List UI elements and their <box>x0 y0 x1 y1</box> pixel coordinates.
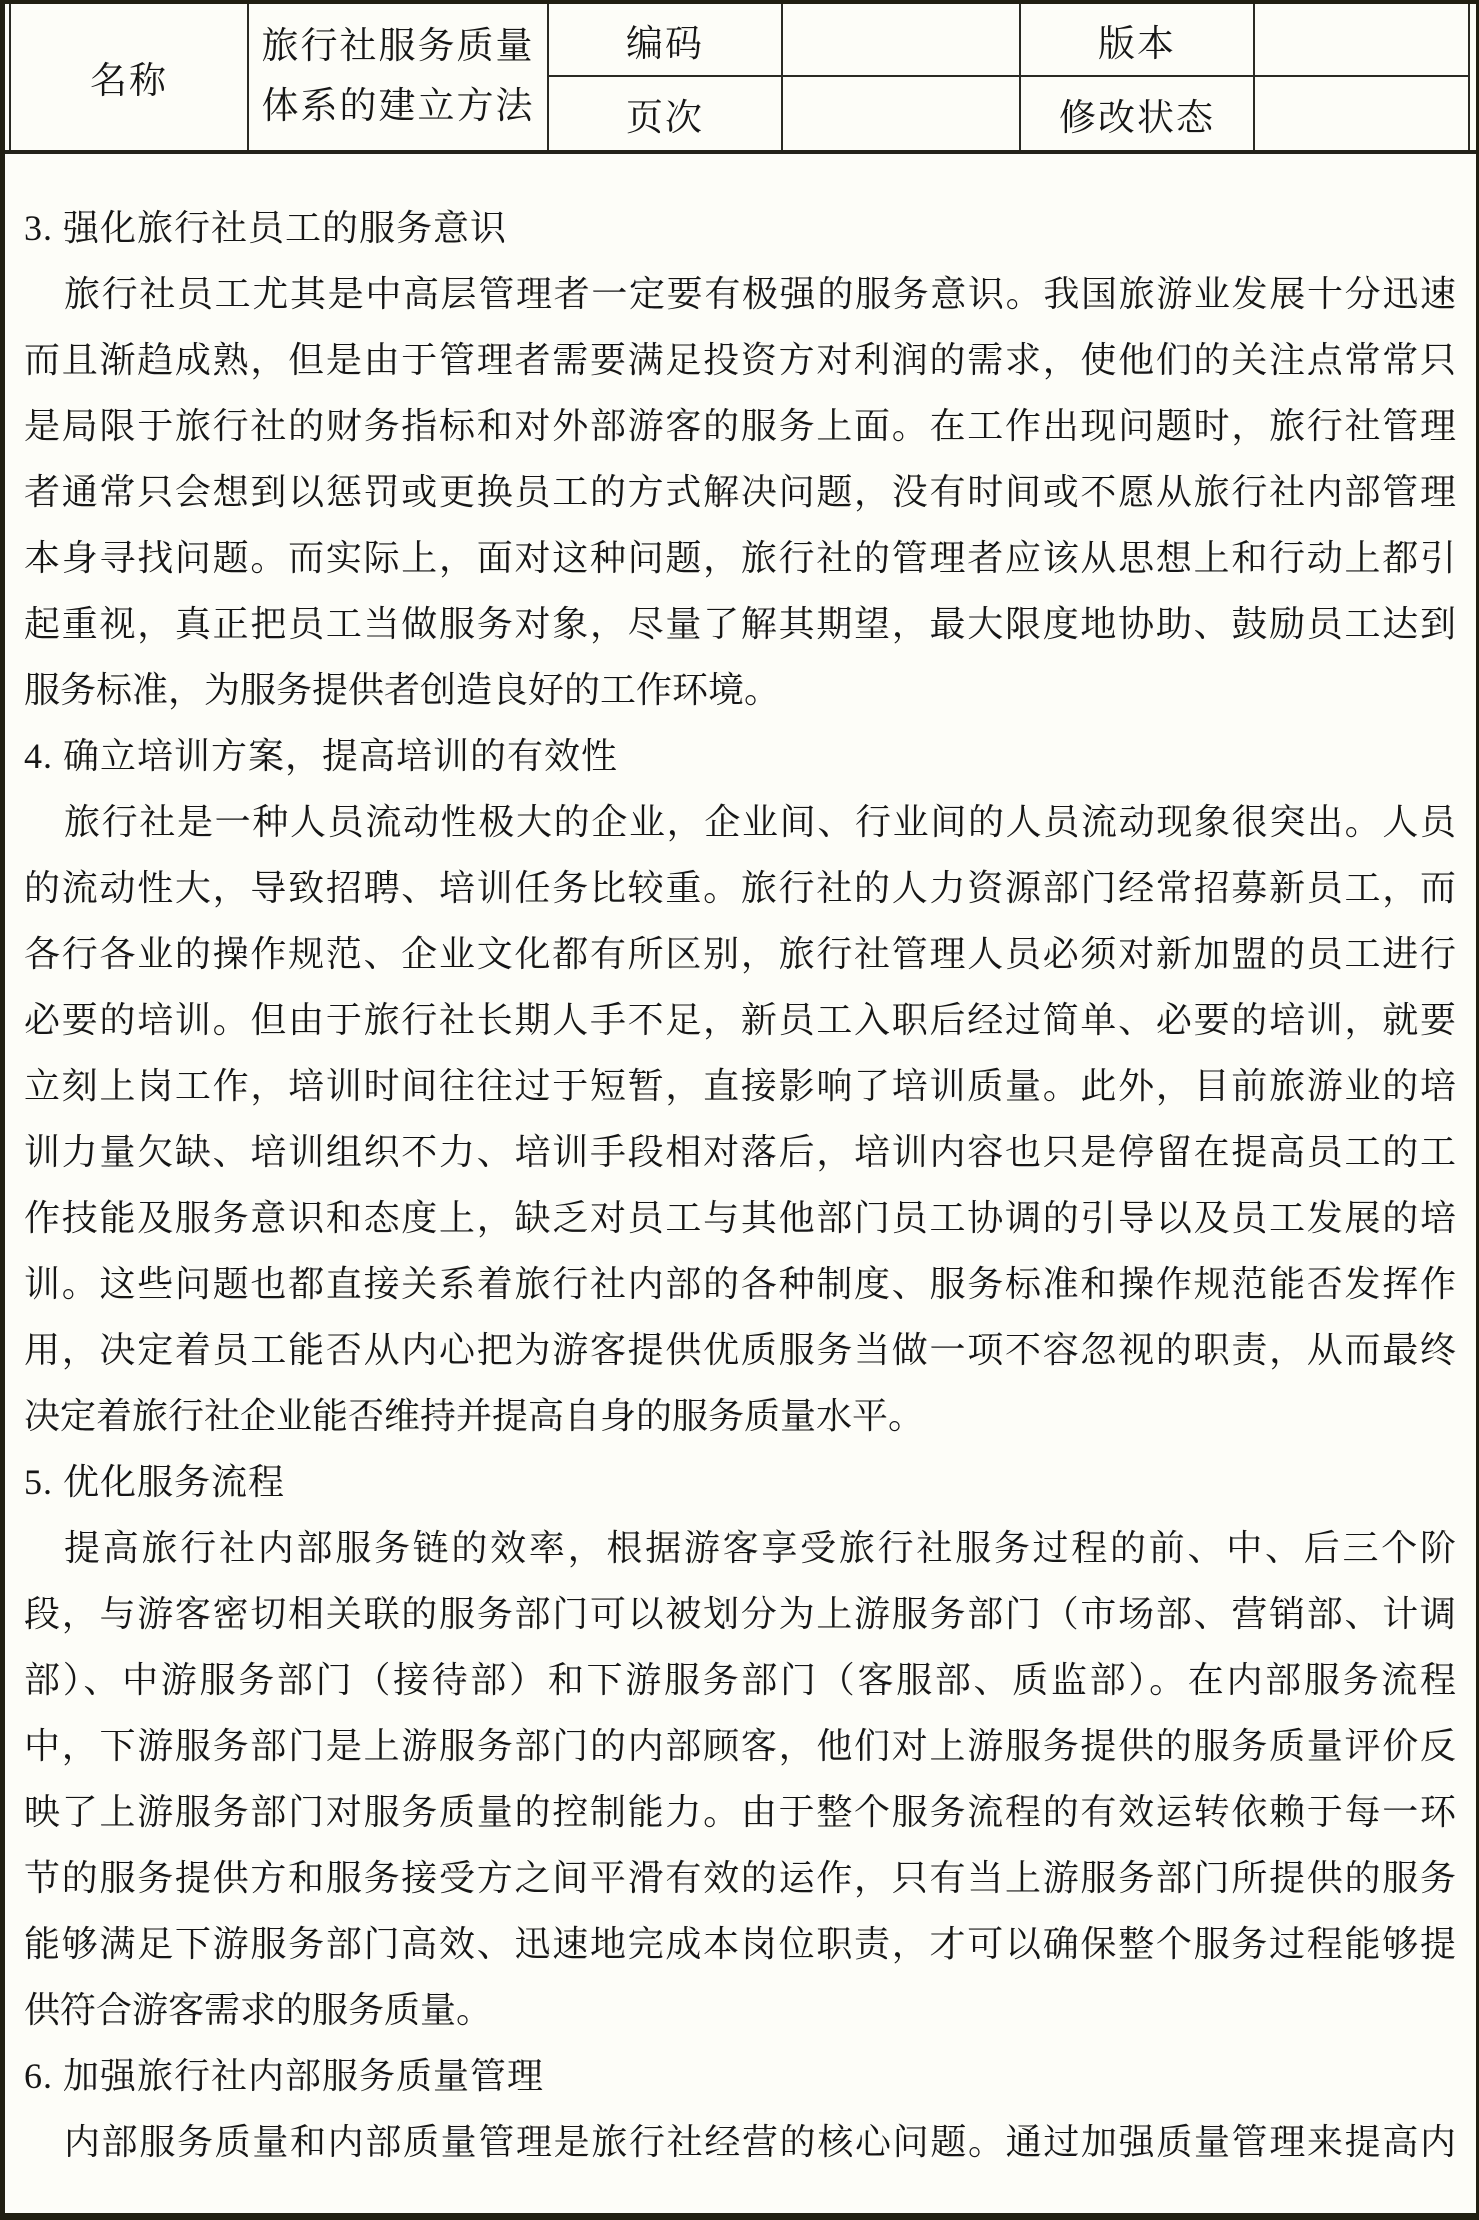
text-line: 内部服务质量和内部质量管理是旅行社经营的核心问题。通过加强质量管理来提高内 <box>24 2109 1456 2175</box>
section-heading: 6. 加强旅行社内部服务质量管理 <box>24 2043 1456 2109</box>
doc-title-line1: 旅行社服务质量 <box>262 27 535 67</box>
header-cell-code-value <box>781 4 1019 75</box>
text-line: 能够满足下游服务部门高效、迅速地完成本岗位职责，才可以确保整个服务过程能够提 <box>24 1911 1456 1977</box>
document-header-table: 名称 旅行社服务质量 体系的建立方法 编码 版本 页次 修改状态 <box>9 4 1470 150</box>
text-line: 用，决定着员工能否从内心把为游客提供优质服务当做一项不容忽视的职责，从而最终 <box>24 1317 1456 1383</box>
text-line: 部）、中游服务部门（接待部）和下游服务部门（客服部、质监部）。在内部服务流程 <box>24 1647 1456 1713</box>
version-label: 版本 <box>1098 13 1176 67</box>
text-line: 各行各业的操作规范、企业文化都有所区别，旅行社管理人员必须对新加盟的员工进行 <box>24 921 1456 987</box>
pageno-label: 页次 <box>626 87 704 141</box>
text-line: 提高旅行社内部服务链的效率，根据游客享受旅行社服务过程的前、中、后三个阶 <box>24 1515 1456 1581</box>
text-line: 旅行社是一种人员流动性极大的企业，企业间、行业间的人员流动现象很突出。人员 <box>24 789 1456 855</box>
header-cell-version-label: 版本 <box>1019 4 1253 75</box>
header-cell-pageno-label: 页次 <box>547 75 781 150</box>
header-cell-version-value <box>1253 4 1468 75</box>
text-line: 段，与游客密切相关联的服务部门可以被划分为上游服务部门（市场部、营销部、计调 <box>24 1581 1456 1647</box>
text-line: 节的服务提供方和服务接受方之间平滑有效的运作，只有当上游服务部门所提供的服务 <box>24 1845 1456 1911</box>
text-line: 供符合游客需求的服务质量。 <box>24 1977 1456 2043</box>
name-label: 名称 <box>90 50 168 104</box>
header-cell-doc-title: 旅行社服务质量 体系的建立方法 <box>247 4 547 150</box>
header-cell-revision-label: 修改状态 <box>1019 75 1253 150</box>
header-cell-code-label: 编码 <box>547 4 781 75</box>
header-cell-pageno-value <box>781 75 1019 150</box>
revision-label: 修改状态 <box>1059 87 1215 141</box>
text-line: 训。这些问题也都直接关系着旅行社内部的各种制度、服务标准和操作规范能否发挥作 <box>24 1251 1456 1317</box>
text-line: 中，下游服务部门是上游服务部门的内部顾客，他们对上游服务提供的服务质量评价反 <box>24 1713 1456 1779</box>
text-line: 训力量欠缺、培训组织不力、培训手段相对落后，培训内容也只是停留在提高员工的工 <box>24 1119 1456 1185</box>
text-line: 作技能及服务意识和态度上，缺乏对员工与其他部门员工协调的引导以及员工发展的培 <box>24 1185 1456 1251</box>
code-label: 编码 <box>626 13 704 67</box>
header-cell-name-label: 名称 <box>11 4 247 150</box>
header-table-bottom-rule <box>0 150 1479 154</box>
doc-title-line2: 体系的建立方法 <box>262 87 535 127</box>
section-heading: 5. 优化服务流程 <box>24 1449 1456 1515</box>
text-line: 立刻上岗工作，培训时间往往过于短暂，直接影响了培训质量。此外，目前旅游业的培 <box>24 1053 1456 1119</box>
section-heading: 4. 确立培训方案，提高培训的有效性 <box>24 723 1456 789</box>
text-line: 旅行社员工尤其是中高层管理者一定要有极强的服务意识。我国旅游业发展十分迅速 <box>24 261 1456 327</box>
text-line: 起重视，真正把员工当做服务对象，尽量了解其期望，最大限度地协助、鼓励员工达到 <box>24 591 1456 657</box>
text-line: 服务标准，为服务提供者创造良好的工作环境。 <box>24 657 1456 723</box>
text-line: 者通常只会想到以惩罚或更换员工的方式解决问题，没有时间或不愿从旅行社内部管理 <box>24 459 1456 525</box>
text-line: 映了上游服务部门对服务质量的控制能力。由于整个服务流程的有效运转依赖于每一环 <box>24 1779 1456 1845</box>
text-line: 本身寻找问题。而实际上，面对这种问题，旅行社的管理者应该从思想上和行动上都引 <box>24 525 1456 591</box>
section-heading: 3. 强化旅行社员工的服务意识 <box>24 195 1456 261</box>
text-line: 的流动性大，导致招聘、培训任务比较重。旅行社的人力资源部门经常招募新员工，而 <box>24 855 1456 921</box>
body-text: 3. 强化旅行社员工的服务意识旅行社员工尤其是中高层管理者一定要有极强的服务意识… <box>24 195 1456 2175</box>
header-cell-revision-value <box>1253 75 1468 150</box>
text-line: 是局限于旅行社的财务指标和对外部游客的服务上面。在工作出现问题时，旅行社管理 <box>24 393 1456 459</box>
text-line: 决定着旅行社企业能否维持并提高自身的服务质量水平。 <box>24 1383 1456 1449</box>
text-line: 而且渐趋成熟，但是由于管理者需要满足投资方对利润的需求，使他们的关注点常常只 <box>24 327 1456 393</box>
text-line: 必要的培训。但由于旅行社长期人手不足，新员工入职后经过简单、必要的培训，就要 <box>24 987 1456 1053</box>
